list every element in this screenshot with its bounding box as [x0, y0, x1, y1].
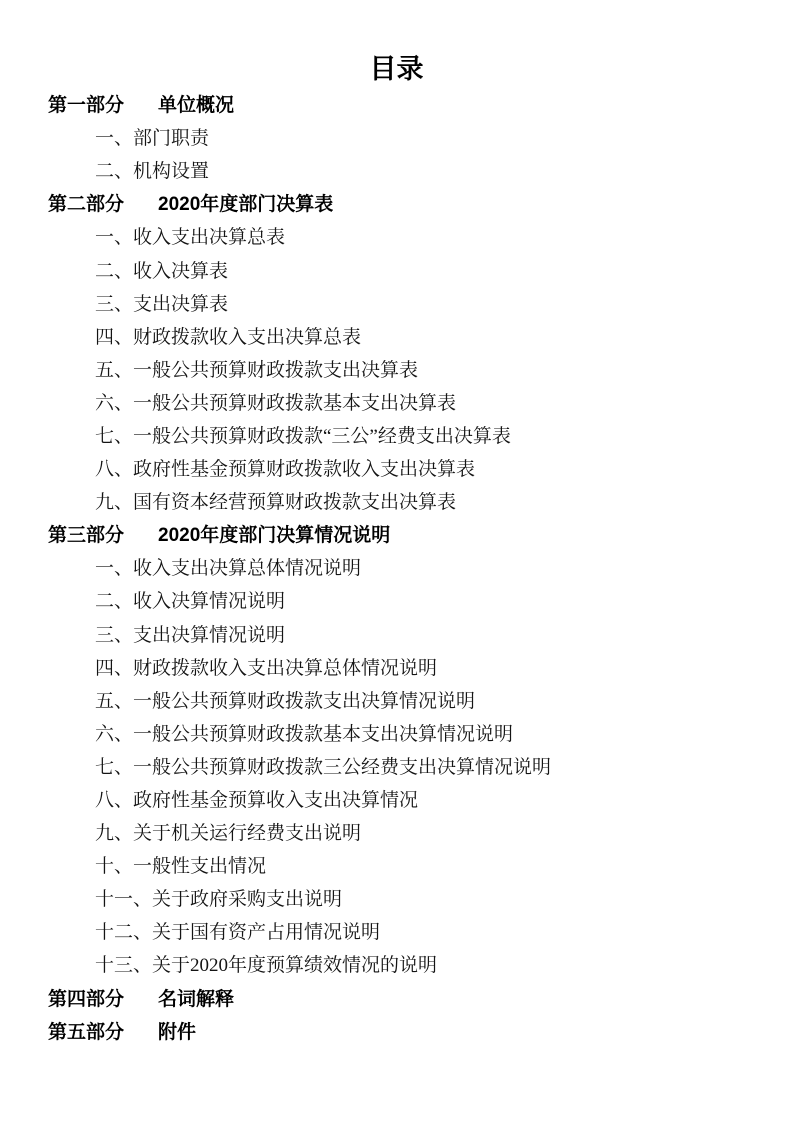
section-label: 第一部分	[48, 90, 158, 117]
toc-item: 二、收入决算表	[48, 252, 753, 285]
toc-item: 一、收入支出决算总表	[48, 219, 753, 252]
toc-item: 十一、关于政府采购支出说明	[48, 881, 753, 914]
section-heading: 第四部分名词解释	[48, 981, 753, 1014]
section-heading: 第一部分单位概况	[48, 87, 753, 120]
section-label: 第四部分	[48, 984, 158, 1011]
section-title: 单位概况	[158, 90, 234, 117]
toc-item: 九、关于机关运行经费支出说明	[48, 815, 753, 848]
section-title: 名词解释	[158, 984, 234, 1011]
toc-item: 二、机构设置	[48, 153, 753, 186]
toc-item: 三、支出决算表	[48, 286, 753, 319]
document-page: 目录 第一部分单位概况一、部门职责二、机构设置第二部分2020年度部门决算表一、…	[0, 0, 793, 1122]
section-title: 附件	[158, 1017, 196, 1044]
toc-item: 七、一般公共预算财政拨款“三公”经费支出决算表	[48, 418, 753, 451]
toc-item: 八、政府性基金预算收入支出决算情况	[48, 782, 753, 815]
toc-item: 九、国有资本经营预算财政拨款支出决算表	[48, 484, 753, 517]
section-title: 2020年度部门决算表	[158, 189, 333, 216]
section-heading: 第三部分2020年度部门决算情况说明	[48, 517, 753, 550]
page-title: 目录	[40, 51, 753, 87]
section-label: 第三部分	[48, 520, 158, 547]
toc-item: 十三、关于2020年度预算绩效情况的说明	[48, 947, 753, 980]
section-heading: 第五部分附件	[48, 1014, 753, 1047]
table-of-contents: 第一部分单位概况一、部门职责二、机构设置第二部分2020年度部门决算表一、收入支…	[48, 87, 753, 1047]
toc-item: 二、收入决算情况说明	[48, 583, 753, 616]
section-label: 第五部分	[48, 1017, 158, 1044]
toc-item: 五、一般公共预算财政拨款支出决算情况说明	[48, 683, 753, 716]
toc-item: 八、政府性基金预算财政拨款收入支出决算表	[48, 451, 753, 484]
toc-item: 七、一般公共预算财政拨款三公经费支出决算情况说明	[48, 749, 753, 782]
toc-item: 十、一般性支出情况	[48, 848, 753, 881]
section-heading: 第二部分2020年度部门决算表	[48, 186, 753, 219]
toc-item: 五、一般公共预算财政拨款支出决算表	[48, 352, 753, 385]
toc-item: 一、部门职责	[48, 120, 753, 153]
section-title: 2020年度部门决算情况说明	[158, 520, 390, 547]
toc-item: 十二、关于国有资产占用情况说明	[48, 914, 753, 947]
toc-item: 六、一般公共预算财政拨款基本支出决算情况说明	[48, 716, 753, 749]
toc-item: 一、收入支出决算总体情况说明	[48, 550, 753, 583]
toc-item: 四、财政拨款收入支出决算总体情况说明	[48, 650, 753, 683]
section-label: 第二部分	[48, 189, 158, 216]
toc-item: 三、支出决算情况说明	[48, 617, 753, 650]
toc-item: 六、一般公共预算财政拨款基本支出决算表	[48, 385, 753, 418]
toc-item: 四、财政拨款收入支出决算总表	[48, 319, 753, 352]
